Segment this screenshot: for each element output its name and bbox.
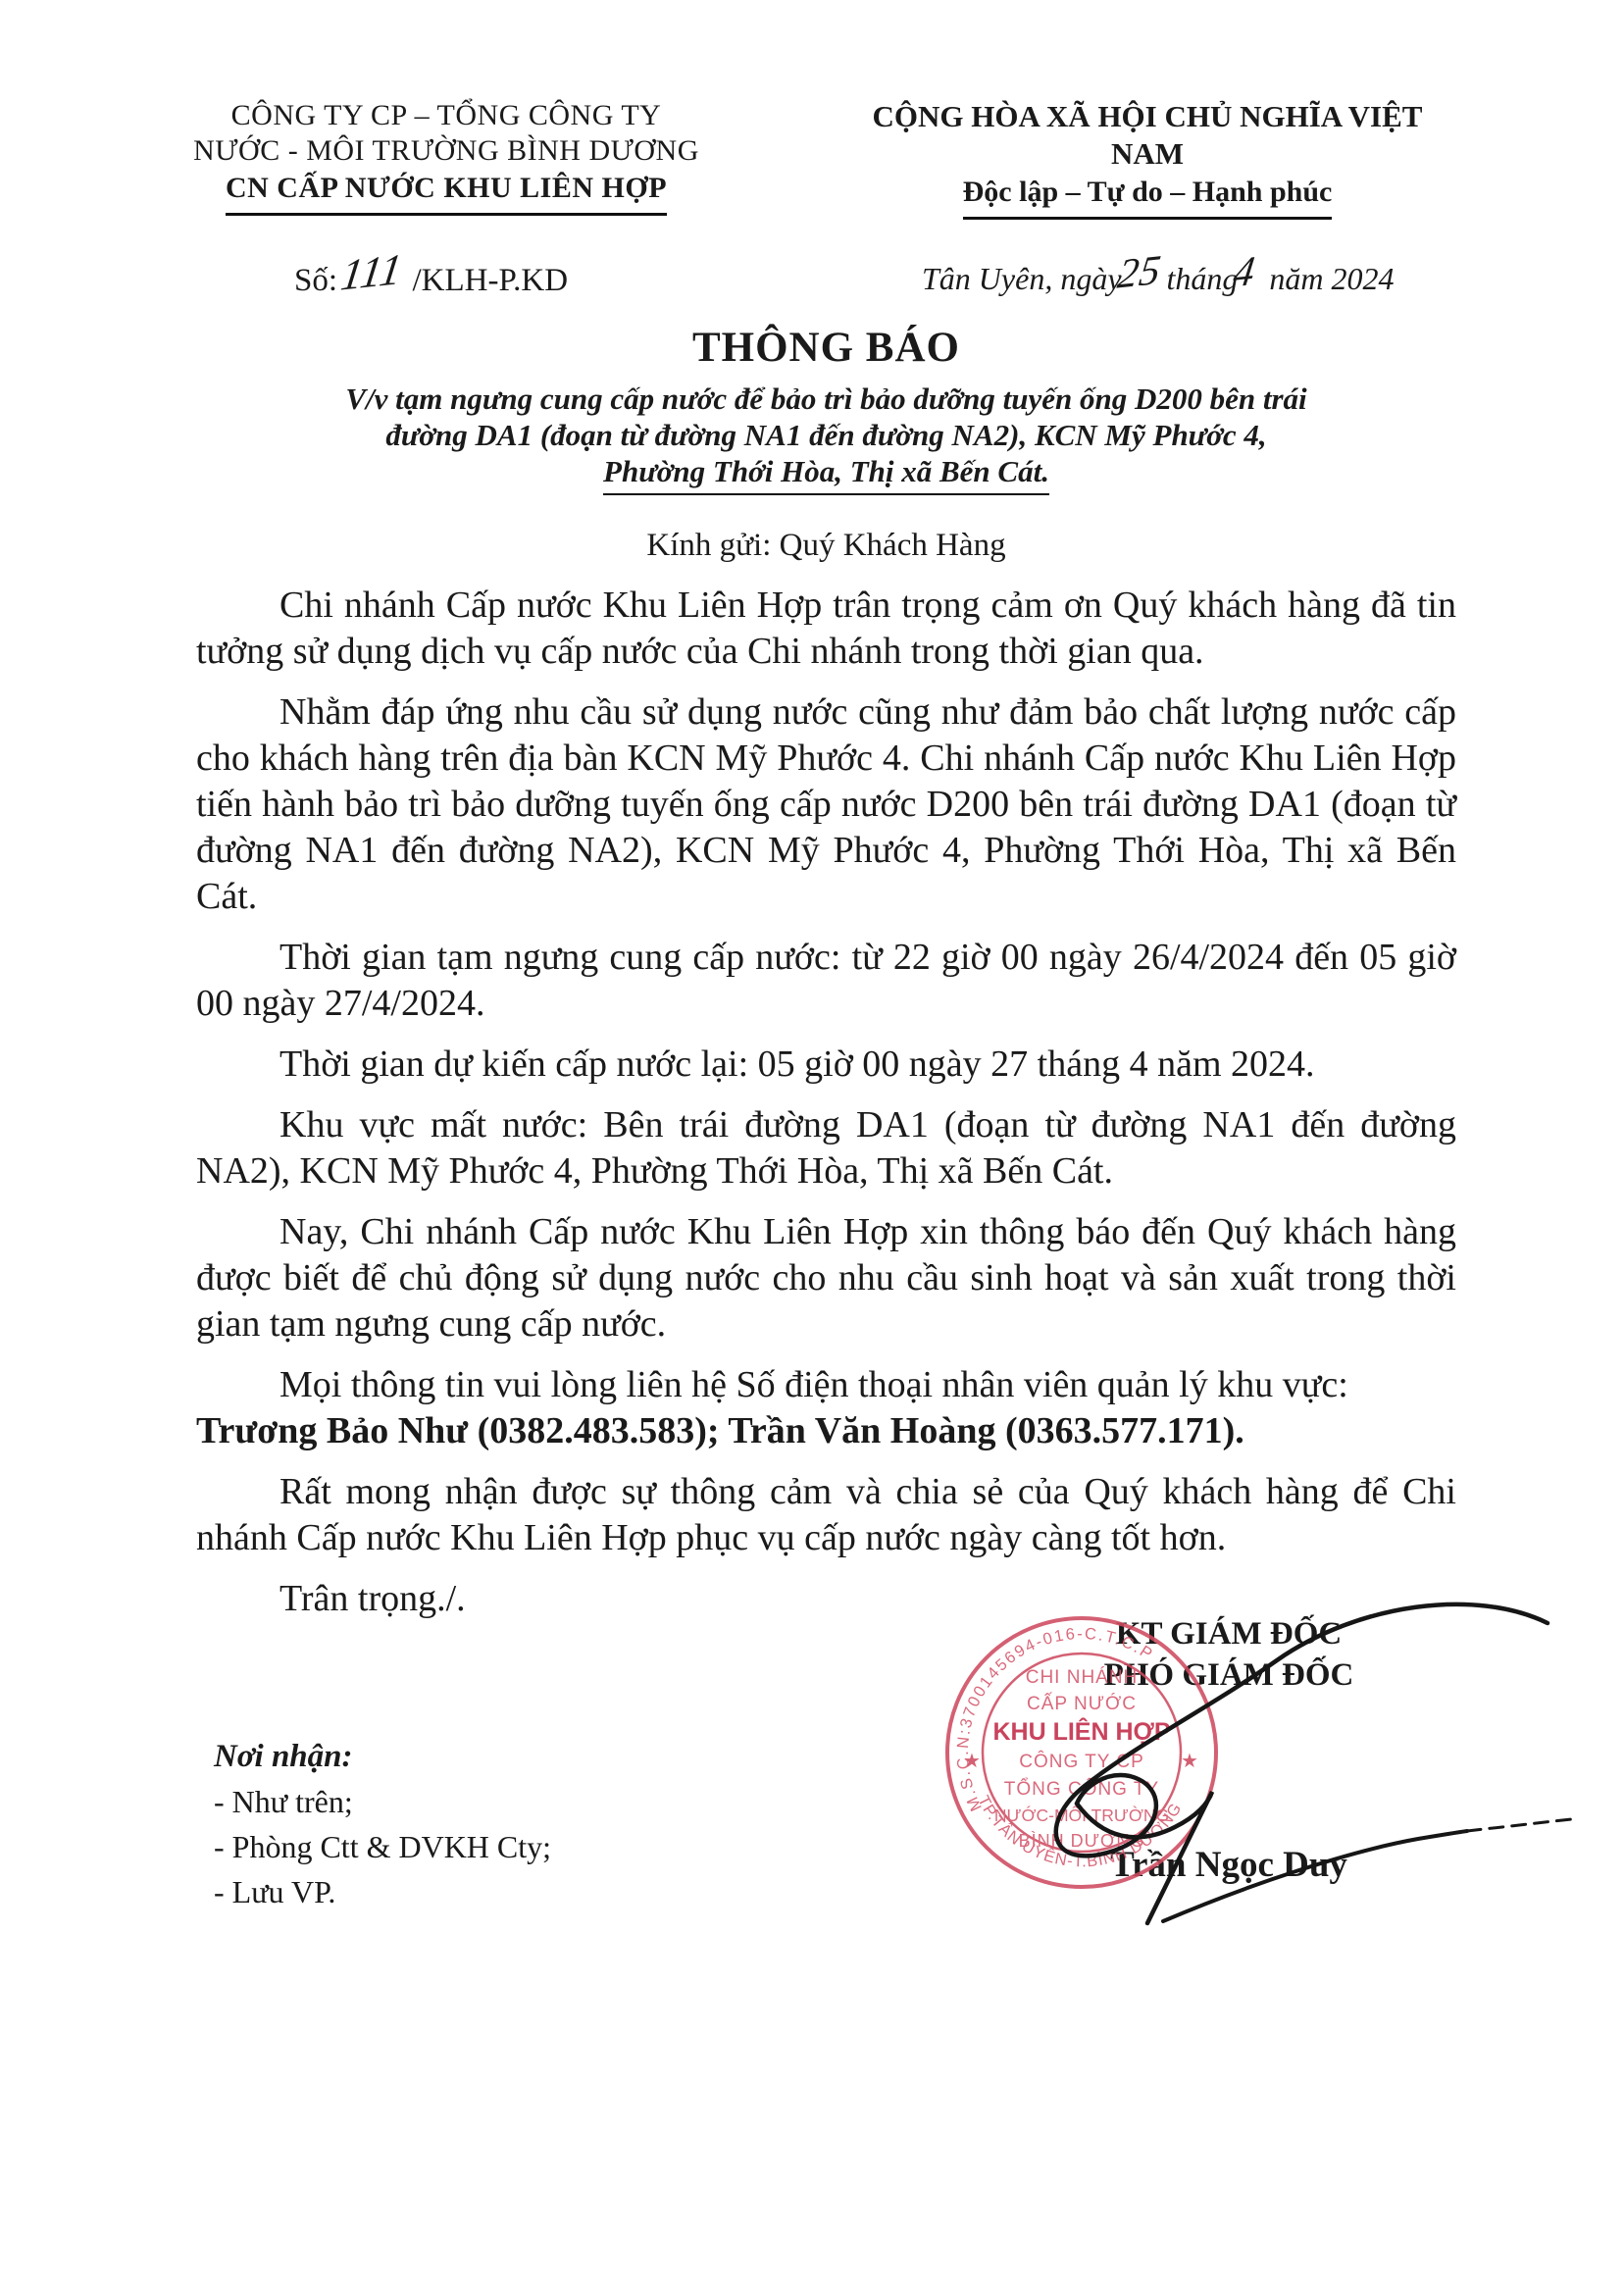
national-motto-line1: CỘNG HÒA XÃ HỘI CHỦ NGHĨA VIỆT NAM — [843, 98, 1451, 173]
paragraph-6: Nay, Chi nhánh Cấp nước Khu Liên Hợp xin… — [196, 1209, 1456, 1348]
paragraph-8: Rất mong nhận được sự thông cảm và chia … — [196, 1469, 1456, 1561]
signature-stroke-tail — [1467, 1819, 1571, 1831]
signature-stroke-main — [1056, 1604, 1548, 1857]
national-header: CỘNG HÒA XÃ HỘI CHỦ NGHĨA VIỆT NAM Độc l… — [843, 98, 1451, 220]
paragraph-1: Chi nhánh Cấp nước Khu Liên Hợp trân trọ… — [196, 583, 1456, 675]
issuer-branch: CN CẤP NƯỚC KHU LIÊN HỢP — [162, 171, 731, 216]
national-motto-line2: Độc lập – Tự do – Hạnh phúc — [843, 173, 1451, 220]
date-text3: năm 2024 — [1269, 261, 1394, 296]
paragraph-2: Nhằm đáp ứng nhu cầu sử dụng nước cũng n… — [196, 689, 1456, 920]
document-number: Số:111/KLH-P.KD — [294, 251, 568, 301]
subject-line1: V/v tạm ngưng cung cấp nước để bảo trì b… — [196, 381, 1456, 417]
paragraph-5: Khu vực mất nước: Bên trái đường DA1 (đo… — [196, 1102, 1456, 1195]
recipients-block: Nơi nhận: - Như trên; - Phòng Ctt & DVKH… — [214, 1734, 551, 1914]
handwritten-month: 4 — [1231, 247, 1259, 297]
recipient-item-1: - Như trên; — [214, 1779, 551, 1824]
subject-line2: đường DA1 (đoạn từ đường NA1 đến đường N… — [196, 417, 1456, 453]
date-text1: Tân Uyên, ngày — [922, 261, 1122, 296]
subject-line3: Phường Thới Hòa, Thị xã Bến Cát. — [196, 453, 1456, 495]
recipients-label: Nơi nhận: — [214, 1734, 551, 1779]
number-suffix: /KLH-P.KD — [413, 263, 569, 298]
paragraph-4: Thời gian dự kiến cấp nước lại: 05 giờ 0… — [196, 1042, 1456, 1088]
page-title: THÔNG BÁO — [196, 324, 1456, 372]
recipient-item-3: - Lưu VP. — [214, 1869, 551, 1914]
paragraph-7: Mọi thông tin vui lòng liên hệ Số điện t… — [196, 1362, 1456, 1408]
place-date-line: Tân Uyên, ngày25tháng4 năm 2024 — [922, 253, 1395, 300]
issuer-line1: CÔNG TY CP – TỔNG CÔNG TY — [162, 98, 731, 133]
date-text2: tháng — [1167, 261, 1239, 296]
issuer-header: CÔNG TY CP – TỔNG CÔNG TY NƯỚC - MÔI TRƯ… — [162, 98, 731, 216]
handwritten-day: 25 — [1114, 246, 1164, 299]
subject-block: V/v tạm ngưng cung cấp nước để bảo trì b… — [196, 381, 1456, 495]
salutation: Kính gửi: Quý Khách Hàng — [196, 528, 1456, 564]
document-page: CÔNG TY CP – TỔNG CÔNG TY NƯỚC - MÔI TRƯ… — [0, 0, 1624, 2289]
body-text: Chi nhánh Cấp nước Khu Liên Hợp trân trọ… — [196, 583, 1456, 1637]
signature-stroke-hook — [1077, 1792, 1212, 1923]
paragraph-3: Thời gian tạm ngưng cung cấp nước: từ 22… — [196, 935, 1456, 1027]
recipient-item-2: - Phòng Ctt & DVKH Cty; — [214, 1824, 551, 1869]
handwritten-signature — [912, 1594, 1599, 1957]
issuer-line2: NƯỚC - MÔI TRƯỜNG BÌNH DƯƠNG — [162, 133, 731, 169]
signature-stroke-underline — [1163, 1831, 1467, 1921]
number-prefix: Số: — [294, 263, 337, 298]
handwritten-number: 111 — [338, 243, 406, 301]
contact-phone-line: Trương Bảo Như (0382.483.583); Trần Văn … — [196, 1408, 1456, 1454]
